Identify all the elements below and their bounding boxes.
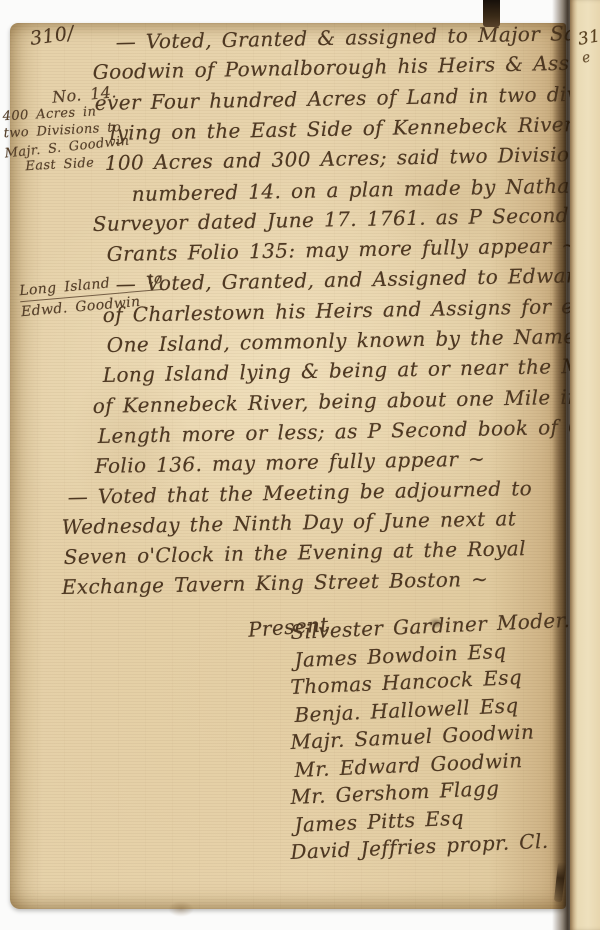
manuscript-line: Length more or less; as P Second book of…: [98, 414, 600, 448]
manuscript-right-page-edge: 31 e: [570, 0, 600, 930]
manuscript-line: Grants Folio 135: may more fully appear …: [107, 233, 579, 266]
manuscript-line: Exchange Tavern King Street Boston ~: [62, 567, 489, 599]
manuscript-scan: 310/ No. 14. 400 Acres intwo Divisions t…: [0, 0, 600, 930]
manuscript-line: One Island, commonly known by the Name o…: [107, 323, 600, 357]
page-number-right: 31: [576, 26, 600, 50]
manuscript-line: Wednesday the Ninth Day of June next at: [62, 506, 517, 539]
manuscript-line: numbered 14. on a plan made by Nathan Wi…: [132, 171, 600, 206]
manuscript-line: of Kennebeck River, being about one Mile…: [93, 384, 581, 417]
attendee-name: Mr. Gershom Flagg: [290, 776, 500, 809]
manuscript-line: Seven o'Clock in the Evening at the Roya…: [64, 536, 527, 569]
right-page-stray-mark: e: [580, 49, 592, 67]
manuscript-line: Goodwin of Pownalborough his Heirs & Ass…: [93, 50, 600, 85]
manuscript-line: — Voted that the Meeting be adjourned to: [68, 476, 533, 509]
manuscript-line: Long Island lying & being at or near the…: [103, 353, 600, 387]
binding-tab: [483, 0, 500, 27]
page-number-left: 310/: [29, 22, 76, 50]
manuscript-left-page: 310/ No. 14. 400 Acres intwo Divisions t…: [10, 23, 566, 909]
manuscript-line: 100 Acres and 300 Acres; said two Divisi…: [105, 142, 594, 175]
manuscript-line: lying on the East Side of Kennebeck Rive…: [110, 111, 600, 145]
attendee-name: James Pitts Esq: [294, 805, 464, 836]
manuscript-line: — Voted, Granted & assigned to Major Sam…: [116, 20, 600, 54]
paper-smudge: [168, 901, 194, 917]
manuscript-line: ever Four hundred Acres of Land in two d…: [95, 80, 600, 114]
manuscript-line: Folio 136. may more fully appear ~: [95, 447, 486, 478]
manuscript-line: Surveyor dated June 17. 1761. as P Secon…: [93, 201, 600, 236]
manuscript-line: — Voted, Granted, and Assigned to Edward…: [116, 261, 600, 296]
manuscript-line: of Charlestown his Heirs and Assigns for…: [103, 293, 600, 327]
